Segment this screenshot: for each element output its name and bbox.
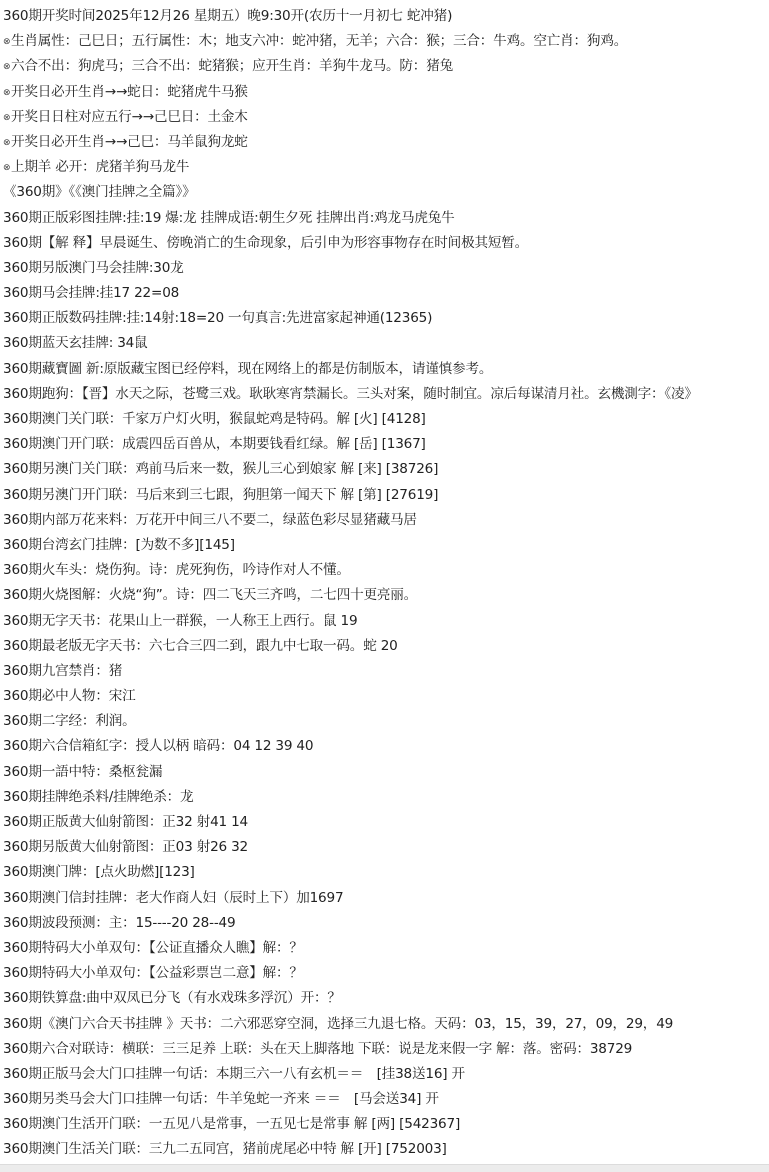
line-text: 360期澳门生活关门联：三九二五同宫，猪前虎尾必中特 解 [开] [752003… bbox=[3, 1141, 447, 1157]
line-text: 360期挂牌绝杀料/挂牌绝杀：龙 bbox=[3, 789, 193, 805]
bullet-icon: ⊗ bbox=[3, 106, 11, 131]
line-text: 360期澳门牌：[点火助燃][123] bbox=[3, 864, 195, 880]
line-text: 360期另版黄大仙射箭图：正03 射26 32 bbox=[3, 839, 248, 855]
text-line: 360期火车头：烧伤狗。诗：虎死狗伤，吟诗作对人不懂。 bbox=[3, 558, 769, 583]
text-line: ⊗开奖日必开生肖→→己巳：马羊鼠狗龙蛇 bbox=[3, 130, 769, 155]
line-text: 360期另类马会大门口挂牌一句话：牛羊兔蛇一齐来 ＝＝ [马会送34] 开 bbox=[3, 1091, 439, 1107]
line-text: 360期六合对联诗：横联：三三足养 上联：头在天上脚落地 下联：说是龙来假一字 … bbox=[3, 1041, 632, 1057]
line-text: 开奖日必开生肖→→蛇日：蛇猪虎牛马猴 bbox=[11, 84, 248, 100]
line-text: 360期正版数码挂牌:挂:14射:18=20 一句真言:先进富家起神通(1236… bbox=[3, 310, 432, 326]
text-line: 360期正版黄大仙射箭图：正32 射41 14 bbox=[3, 810, 769, 835]
line-text: 360期《澳门六合天书挂牌 》天书：二六邪恶穿空洞，选择三九退七格。天码：03，… bbox=[3, 1016, 673, 1032]
line-text: 360期火车头：烧伤狗。诗：虎死狗伤，吟诗作对人不懂。 bbox=[3, 562, 350, 578]
line-text: 360期正版马会大门口挂牌一句话：本期三六一八有玄机＝＝ [挂38送16] 开 bbox=[3, 1066, 465, 1082]
text-line: 360期另版澳门马会挂牌:30龙 bbox=[3, 256, 769, 281]
text-line: ⊗开奖日日柱对应五行→→己巳日：土金木 bbox=[3, 105, 769, 130]
text-line: ⊗生肖属性：己巳日；五行属性：木；地支六冲：蛇冲猪，无羊；六合：猴；三合：牛鸡。… bbox=[3, 29, 769, 54]
text-line: 360期澳门信封挂牌：老大作商人妇（辰时上下）加1697 bbox=[3, 886, 769, 911]
line-text: 360期澳门关门联：千家万户灯火明，猴鼠蛇鸡是特码。解 [火] [4128] bbox=[3, 411, 426, 427]
text-line: 360期另澳门开门联：马后来到三七跟，狗胆第一闻天下 解 [第] [27619] bbox=[3, 483, 769, 508]
line-text: 360期跑狗：【晋】水天之际，苍鹭三戏。耿耿寒宵禁漏长。三头对案，随时制宜。凉后… bbox=[3, 386, 698, 402]
line-text: 生肖属性：己巳日；五行属性：木；地支六冲：蛇冲猪，无羊；六合：猴；三合：牛鸡。空… bbox=[11, 33, 627, 49]
line-text: 360期台湾玄门挂牌：[为数不多][145] bbox=[3, 537, 235, 553]
text-line: 360期六合信箱紅字：授人以柄 暗码：04 12 39 40 bbox=[3, 734, 769, 759]
text-line: 360期藏寶圖 新:原版藏宝图已经停料，现在网络上的都是仿制版本，请谨慎参考。 bbox=[3, 357, 769, 382]
text-line: 360期台湾玄门挂牌：[为数不多][145] bbox=[3, 533, 769, 558]
line-text: 360期内部万花来料：万花开中间三八不要二，绿蓝色彩尽显猪藏马居 bbox=[3, 512, 417, 528]
line-text: 360期【解 释】早晨诞生、傍晚消亡的生命现象，后引申为形容事物存在时间极其短暂… bbox=[3, 235, 528, 251]
text-line: 360期【解 释】早晨诞生、傍晚消亡的生命现象，后引申为形容事物存在时间极其短暂… bbox=[3, 231, 769, 256]
line-text: 360期火烧图解：火烧“狗”。诗：四二飞天三齐鸣，二七四十更亮丽。 bbox=[3, 587, 417, 603]
line-text: 360期特码大小单双句：【公证直播众人瞧】解：？ bbox=[3, 940, 303, 956]
line-text: 360期另澳门开门联：马后来到三七跟，狗胆第一闻天下 解 [第] [27619] bbox=[3, 487, 438, 503]
text-line: 360期内部万花来料：万花开中间三八不要二，绿蓝色彩尽显猪藏马居 bbox=[3, 508, 769, 533]
text-line: 360期另版黄大仙射箭图：正03 射26 32 bbox=[3, 835, 769, 860]
text-line: 360期铁算盘:曲中双凤已分飞（有水戏珠多浮沉）开：？ bbox=[3, 986, 769, 1011]
text-line: 360期无字天书：花果山上一群猴，一人称王上西行。鼠 19 bbox=[3, 609, 769, 634]
line-text: 360期二字经：利润。 bbox=[3, 713, 136, 729]
line-text: 360期蓝天玄挂牌: 34鼠 bbox=[3, 335, 148, 351]
bullet-icon: ⊗ bbox=[3, 81, 11, 106]
line-text: 360期无字天书：花果山上一群猴，一人称王上西行。鼠 19 bbox=[3, 613, 357, 629]
text-line: 360期澳门关门联：千家万户灯火明，猴鼠蛇鸡是特码。解 [火] [4128] bbox=[3, 407, 769, 432]
text-line: 360期开奖时间2025年12月26 星期五）晚9:30开(农历十一月初七 蛇冲… bbox=[3, 4, 769, 29]
text-line: 360期二字经：利润。 bbox=[3, 709, 769, 734]
text-line: 360期九宫禁肖：猪 bbox=[3, 659, 769, 684]
text-line: 360期另澳门关门联：鸡前马后来一数，猴儿三心到娘家 解 [来] [38726] bbox=[3, 457, 769, 482]
text-line: 360期澳门牌：[点火助燃][123] bbox=[3, 860, 769, 885]
line-text: 360期正版黄大仙射箭图：正32 射41 14 bbox=[3, 814, 248, 830]
line-text: 360期必中人物：宋江 bbox=[3, 688, 136, 704]
text-line: 360期最老版无字天书：六七合三四二到，跟九中七取一码。蛇 20 bbox=[3, 634, 769, 659]
line-text: 开奖日日柱对应五行→→己巳日：土金木 bbox=[11, 109, 248, 125]
line-text: 360期铁算盘:曲中双凤已分飞（有水戏珠多浮沉）开：？ bbox=[3, 990, 341, 1006]
document-body: 360期开奖时间2025年12月26 星期五）晚9:30开(农历十一月初七 蛇冲… bbox=[3, 4, 769, 1163]
line-text: 360期藏寶圖 新:原版藏宝图已经停料，现在网络上的都是仿制版本，请谨慎参考。 bbox=[3, 361, 492, 377]
bullet-icon: ⊗ bbox=[3, 156, 11, 181]
text-line: 360期澳门生活关门联：三九二五同宫，猪前虎尾必中特 解 [开] [752003… bbox=[3, 1137, 769, 1162]
text-line: ⊗开奖日必开生肖→→蛇日：蛇猪虎牛马猴 bbox=[3, 80, 769, 105]
line-text: 360期最老版无字天书：六七合三四二到，跟九中七取一码。蛇 20 bbox=[3, 638, 398, 654]
text-line: 360期马会挂牌:挂17 22=08 bbox=[3, 281, 769, 306]
text-line: 360期蓝天玄挂牌: 34鼠 bbox=[3, 331, 769, 356]
line-text: 上期羊 必开：虎猪羊狗马龙牛 bbox=[11, 159, 189, 175]
line-text: 《360期》《《澳门挂牌之全篇》》 bbox=[3, 184, 195, 200]
bullet-icon: ⊗ bbox=[3, 30, 11, 55]
text-line: 360期特码大小单双句：【公证直播众人瞧】解：？ bbox=[3, 936, 769, 961]
line-text: 360期波段预测：主：15----20 28--49 bbox=[3, 915, 235, 931]
line-text: 开奖日必开生肖→→己巳：马羊鼠狗龙蛇 bbox=[11, 134, 248, 150]
line-text: 360期六合信箱紅字：授人以柄 暗码：04 12 39 40 bbox=[3, 738, 313, 754]
text-line: ⊗上期羊 必开：虎猪羊狗马龙牛 bbox=[3, 155, 769, 180]
text-line: 360期跑狗：【晋】水天之际，苍鹭三戏。耿耿寒宵禁漏长。三头对案，随时制宜。凉后… bbox=[3, 382, 769, 407]
text-line: 360期澳门生活开门联：一五见八是常事，一五见七是常事 解 [两] [54236… bbox=[3, 1112, 769, 1137]
line-text: 360期另版澳门马会挂牌:30龙 bbox=[3, 260, 184, 276]
text-line: 360期火烧图解：火烧“狗”。诗：四二飞天三齐鸣，二七四十更亮丽。 bbox=[3, 583, 769, 608]
text-line: 360期正版彩图挂牌:挂:19 爆:龙 挂牌成语:朝生夕死 挂牌出肖:鸡龙马虎兔… bbox=[3, 206, 769, 231]
text-line: 360期波段预测：主：15----20 28--49 bbox=[3, 911, 769, 936]
text-line: 360期一語中特：桑枢瓮漏 bbox=[3, 760, 769, 785]
bullet-icon: ⊗ bbox=[3, 131, 11, 156]
line-text: 360期澳门开门联：成震四岳百兽从，本期要钱看红绿。解 [岳] [1367] bbox=[3, 436, 426, 452]
text-line: 360期六合对联诗：横联：三三足养 上联：头在天上脚落地 下联：说是龙来假一字 … bbox=[3, 1037, 769, 1062]
text-line: 360期特码大小单双句：【公益彩票岂二意】解：？ bbox=[3, 961, 769, 986]
text-line: 360期另类马会大门口挂牌一句话：牛羊兔蛇一齐来 ＝＝ [马会送34] 开 bbox=[3, 1087, 769, 1112]
text-line: 360期挂牌绝杀料/挂牌绝杀：龙 bbox=[3, 785, 769, 810]
line-text: 六合不出：狗虎马；三合不出：蛇猪猴；应开生肖：羊狗牛龙马。防：猪兔 bbox=[11, 58, 453, 74]
line-text: 360期开奖时间2025年12月26 星期五）晚9:30开(农历十一月初七 蛇冲… bbox=[3, 8, 452, 24]
line-text: 360期正版彩图挂牌:挂:19 爆:龙 挂牌成语:朝生夕死 挂牌出肖:鸡龙马虎兔… bbox=[3, 210, 455, 226]
line-text: 360期特码大小单双句：【公益彩票岂二意】解：？ bbox=[3, 965, 303, 981]
line-text: 360期马会挂牌:挂17 22=08 bbox=[3, 285, 179, 301]
line-text: 360期九宫禁肖：猪 bbox=[3, 663, 122, 679]
line-text: 360期澳门信封挂牌：老大作商人妇（辰时上下）加1697 bbox=[3, 890, 343, 906]
bullet-icon: ⊗ bbox=[3, 55, 11, 80]
text-line: 360期正版马会大门口挂牌一句话：本期三六一八有玄机＝＝ [挂38送16] 开 bbox=[3, 1062, 769, 1087]
text-line: 360期澳门开门联：成震四岳百兽从，本期要钱看红绿。解 [岳] [1367] bbox=[3, 432, 769, 457]
text-line: 《360期》《《澳门挂牌之全篇》》 bbox=[3, 180, 769, 205]
text-line: 360期《澳门六合天书挂牌 》天书：二六邪恶穿空洞，选择三九退七格。天码：03，… bbox=[3, 1012, 769, 1037]
line-text: 360期另澳门关门联：鸡前马后来一数，猴儿三心到娘家 解 [来] [38726] bbox=[3, 461, 438, 477]
line-text: 360期澳门生活开门联：一五见八是常事，一五见七是常事 解 [两] [54236… bbox=[3, 1116, 460, 1132]
text-line: 360期必中人物：宋江 bbox=[3, 684, 769, 709]
horizontal-scrollbar[interactable] bbox=[0, 1164, 769, 1172]
line-text: 360期一語中特：桑枢瓮漏 bbox=[3, 764, 162, 780]
text-line: ⊗六合不出：狗虎马；三合不出：蛇猪猴；应开生肖：羊狗牛龙马。防：猪兔 bbox=[3, 54, 769, 79]
text-line: 360期正版数码挂牌:挂:14射:18=20 一句真言:先进富家起神通(1236… bbox=[3, 306, 769, 331]
